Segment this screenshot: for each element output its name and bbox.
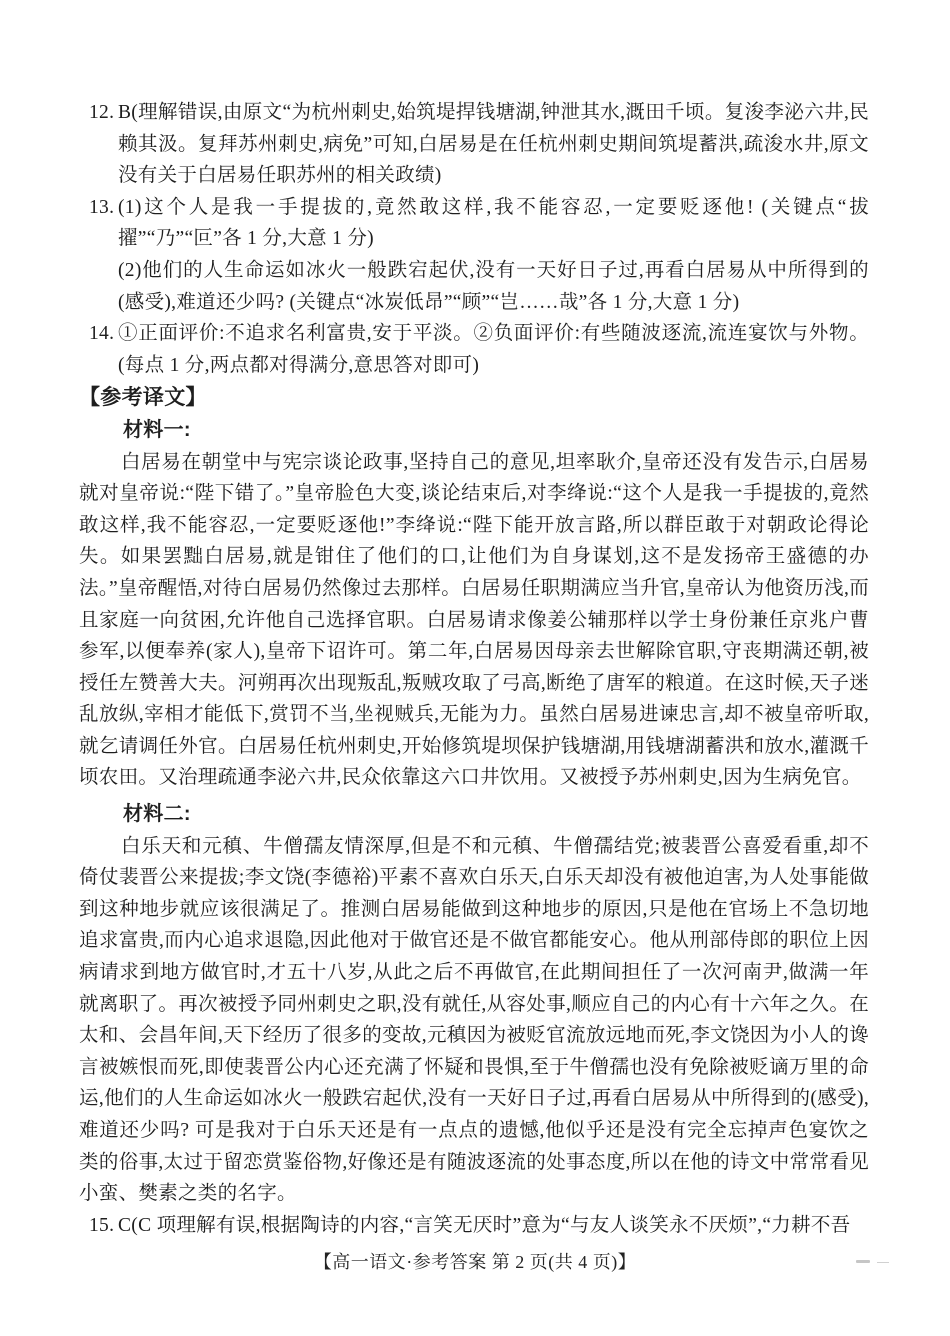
answer-item-15: 15. C(C 项理解有误,根据陶诗的内容,“言笑无厌时”意为“与友人谈笑永不厌… bbox=[79, 1210, 869, 1242]
answer-item-14: 14. ①正面评价:不追求名利富贵,安于平淡。②负面评价:有些随波逐流,流连宴饮… bbox=[79, 318, 869, 381]
answer-content: 12. B(理解错误,由原文“为杭州刺史,始筑堤捍钱塘湖,钟泄其水,溉田千顷。复… bbox=[79, 97, 869, 1241]
material-two-label: 材料二: bbox=[123, 799, 869, 831]
answer-item-12: 12. B(理解错误,由原文“为杭州刺史,始筑堤捍钱塘湖,钟泄其水,溉田千顷。复… bbox=[79, 97, 869, 192]
material-one-paragraph: 白居易在朝堂中与宪宗谈论政事,坚持自己的意见,坦率耿介,皇帝还没有发告示,白居易… bbox=[79, 447, 869, 795]
page-footer: 【高一语文·参考答案 第 2 页(共 4 页)】 bbox=[0, 1248, 950, 1274]
answer-number-14: 14. bbox=[89, 318, 114, 350]
answer-number-12: 12. bbox=[89, 97, 114, 129]
answer-text-15: C(C 项理解有误,根据陶诗的内容,“言笑无厌时”意为“与友人谈笑永不厌烦”,“… bbox=[118, 1210, 869, 1242]
material-two-paragraph: 白乐天和元稹、牛僧孺友情深厚,但是不和元稹、牛僧孺结党;被裴晋公喜爱看重,却不倚… bbox=[79, 831, 869, 1210]
answer-sheet-page: 12. B(理解错误,由原文“为杭州刺史,始筑堤捍钱塘湖,钟泄其水,溉田千顷。复… bbox=[0, 0, 950, 1336]
answer-item-13: 13. (1)这个人是我一手提拔的,竟然敢这样,我不能容忍,一定要贬逐他! (关… bbox=[79, 192, 869, 318]
answer-text-12: B(理解错误,由原文“为杭州刺史,始筑堤捍钱塘湖,钟泄其水,溉田千顷。复浚李泌六… bbox=[118, 97, 869, 192]
answer-number-13: 13. bbox=[89, 192, 114, 224]
answer-text-13-part1: (1)这个人是我一手提拔的,竟然敢这样,我不能容忍,一定要贬逐他! (关键点“拔… bbox=[118, 192, 869, 255]
material-one-label: 材料一: bbox=[123, 415, 869, 447]
answer-text-14: ①正面评价:不追求名利富贵,安于平淡。②负面评价:有些随波逐流,流连宴饮与外物。… bbox=[118, 318, 869, 381]
reference-translation-heading: 【参考译文】 bbox=[79, 382, 869, 414]
answer-number-15: 15. bbox=[89, 1210, 114, 1242]
answer-text-13-part2: (2)他们的人生命运如冰火一般跌宕起伏,没有一天好日子过,再看白居易从中所得到的… bbox=[118, 255, 869, 318]
scan-artifact-mark bbox=[856, 1260, 870, 1263]
